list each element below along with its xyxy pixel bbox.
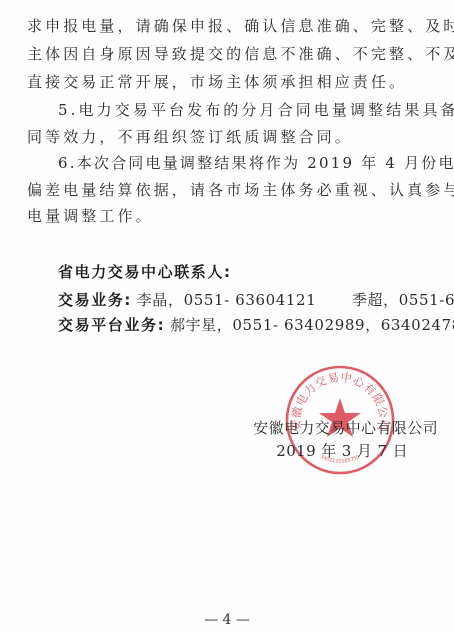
contact-platform-label: 交易平台业务: bbox=[58, 316, 165, 334]
paragraph-4-line-2: 主体因自身原因导致提交的信息不准确、不完整、不及时，影响 bbox=[27, 45, 439, 63]
contact-trading: 交易业务: 李晶，0551- 63604121 季超，0551-63402531 bbox=[58, 291, 454, 309]
contact-platform: 交易平台业务: 郝宇星，0551- 63402989，63402478 bbox=[58, 316, 454, 334]
contacts-heading: 省电力交易中心联系人: bbox=[58, 263, 232, 281]
contacts-heading-text: 省电力交易中心联系人: bbox=[58, 263, 232, 281]
contact-trading-person-1: 李晶，0551- 63604121 bbox=[137, 291, 317, 309]
paragraph-4-line-1: 求申报电量，请确保申报、确认信息准确、完整、及时。若市场 bbox=[27, 17, 439, 35]
signature-organization: 安徽电力交易中心有限公司 bbox=[253, 419, 438, 437]
contact-trading-person-2: 季超，0551-63402531 bbox=[352, 291, 454, 309]
paragraph-5-line-1: 5.电力交易平台发布的分月合同电量调整结果具备纸质合同 bbox=[58, 101, 439, 119]
paragraph-4-line-3: 直接交易正常开展，市场主体须承担相应责任。 bbox=[27, 73, 439, 91]
signature-date: 2019 年 3 月 7 日 bbox=[276, 442, 408, 460]
paragraph-6-line-3: 电量调整工作。 bbox=[27, 207, 439, 225]
paragraph-6-line-1: 6.本次合同电量调整结果将作为 2019 年 4 月份电力直接交易 bbox=[58, 154, 439, 172]
paragraph-6-line-2: 偏差电量结算依据，请各市场主体务必重视、认真参与本次合同 bbox=[27, 181, 439, 199]
contact-trading-label: 交易业务: bbox=[58, 291, 132, 309]
page-number: — 4 — bbox=[0, 612, 454, 628]
contact-platform-person: 郝宇星，0551- 63402989，63402478 bbox=[170, 316, 454, 334]
paragraph-5-line-2: 同等效力，不再组织签订纸质调整合同。 bbox=[27, 128, 439, 146]
document-page: 求申报电量，请确保申报、确认信息准确、完整、及时。若市场 主体因自身原因导致提交… bbox=[0, 0, 454, 632]
